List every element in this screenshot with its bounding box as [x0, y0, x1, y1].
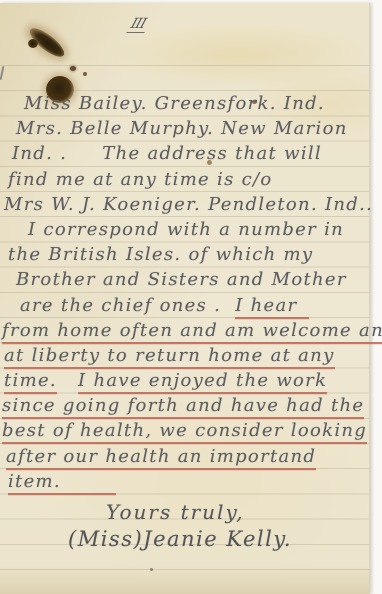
handwritten-text: Mrs. Belle Murphy. New Marion — [16, 118, 348, 139]
manuscript-line: are the chief ones . I hear — [0, 294, 369, 319]
manuscript-line: best of health, we consider looking — [0, 419, 369, 444]
handwritten-text: Miss Bailey. Greensfork. Ind. — [24, 93, 325, 114]
handwritten-text: I correspond with a number in — [28, 219, 344, 240]
manuscript-line: I correspond with a number in — [0, 218, 369, 243]
ink-speck — [83, 72, 87, 76]
manuscript-line: Miss Bailey. Greensfork. Ind. — [0, 92, 369, 117]
ink-speck — [70, 66, 76, 71]
handwritten-text: are the chief ones . — [20, 295, 235, 316]
handwritten-text: find me at any time is c/o — [8, 169, 273, 190]
signature: (Miss)Jeanie Kelly. — [68, 527, 292, 551]
manuscript-line: from home often and am welcome and — [0, 319, 369, 344]
manuscript-line: Mrs W. J. Koeniger. Pendleton. Ind.. — [0, 193, 369, 218]
handwritten-text: the British Isles. of which my — [8, 244, 313, 265]
handwritten-text — [57, 370, 78, 391]
underlined-text: after our health an importand — [6, 446, 316, 470]
letter-page: III Miss Bailey. Greensfork. Ind.Mrs. Be… — [0, 3, 370, 594]
underlined-text: since going forth and have had the — [2, 395, 364, 419]
handwritten-text: Brother and Sisters and Mother — [16, 269, 347, 290]
underlined-text: from home often and am welcome and — [2, 320, 382, 344]
manuscript-line: after our health an importand — [0, 445, 369, 470]
scanned-letter: III Miss Bailey. Greensfork. Ind.Mrs. Be… — [0, 0, 382, 594]
manuscript-line: since going forth and have had the — [0, 394, 369, 419]
manuscript-line: item. — [0, 470, 369, 495]
underlined-text: time. — [4, 370, 57, 394]
underlined-text: item. — [8, 471, 116, 495]
manuscript-line: Ind. . The address that will — [0, 142, 369, 167]
manuscript-line: the British Isles. of which my — [0, 243, 369, 268]
underlined-text: at liberty to return home at any — [4, 345, 335, 369]
underlined-text: best of health, we consider looking — [2, 420, 367, 444]
letter-body: Miss Bailey. Greensfork. Ind.Mrs. Belle … — [0, 92, 369, 495]
manuscript-line: Brother and Sisters and Mother — [0, 268, 369, 293]
handwritten-text: Mrs W. J. Koeniger. Pendleton. Ind.. — [4, 194, 373, 215]
manuscript-line: time. I have enjoyed the work — [0, 369, 369, 394]
manuscript-line: find me at any time is c/o — [0, 168, 369, 193]
underlined-text: I hear — [235, 295, 309, 319]
manuscript-line: at liberty to return home at any — [0, 344, 369, 369]
closing-salutation: Yours truly, — [106, 500, 244, 524]
underlined-text: I have enjoyed the work — [78, 370, 327, 394]
manuscript-line: Mrs. Belle Murphy. New Marion — [0, 117, 369, 142]
ink-speck — [150, 568, 153, 571]
ink-blot-smear-head — [28, 39, 38, 48]
pencil-edge-mark — [0, 66, 4, 80]
handwritten-text: Ind. . The address that will — [12, 143, 322, 164]
page-number: III — [126, 17, 149, 33]
